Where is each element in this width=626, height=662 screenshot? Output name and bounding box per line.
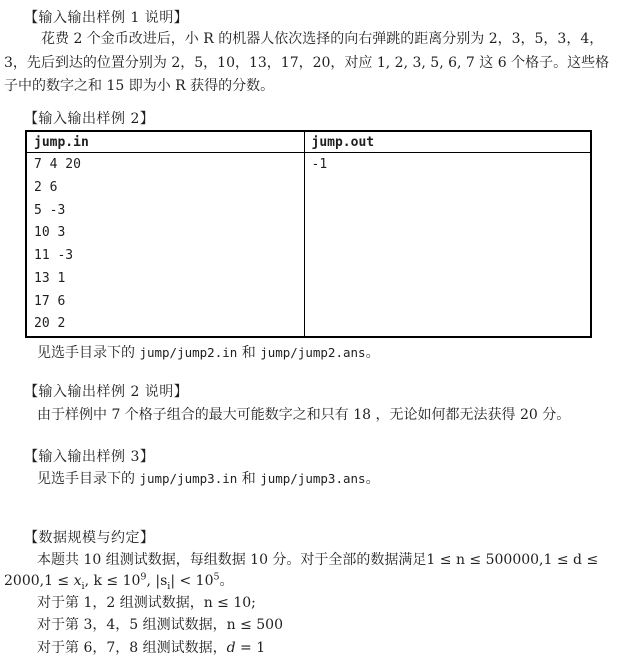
text-segment: 见选手目录下的 <box>37 345 139 361</box>
constraints-line-2: 2000,1 ≤ xi, k ≤ 109, |si| < 105。 <box>4 570 622 592</box>
text-segment: 见选手目录下的 <box>37 471 139 487</box>
text-segment: d <box>227 640 236 656</box>
text-segment: 对于第 3，4，5 组测试数据，n ≤ 500 <box>37 617 283 633</box>
heading-sample2-explanation: 【输入输出样例 2 说明】 <box>24 381 622 403</box>
table-header-input-file: jump.in <box>26 131 304 153</box>
constraints-group-3: 对于第 6，7，8 组测试数据，d = 1 <box>4 637 622 659</box>
table-header-row: jump.in jump.out <box>26 131 591 153</box>
text-segment: , |s <box>146 573 167 589</box>
heading-sample1-explanation: 【输入输出样例 1 说明】 <box>24 7 622 29</box>
document-page: 【输入输出样例 1 说明】 花费 2 个金币改进后，小 R 的机器人依次选择的向… <box>0 0 626 662</box>
heading-sample3: 【输入输出样例 3】 <box>24 446 622 468</box>
table-cell-input-data: 7 4 20 2 6 5 -3 10 3 11 -3 13 1 17 6 20 … <box>26 153 304 338</box>
text-segment: = 1 <box>236 640 266 656</box>
text-segment: 2000,1 ≤ <box>4 573 74 589</box>
inline-code: jump/jump3.in <box>139 471 237 486</box>
paragraph-line: 子中的数字之和 15 即为小 R 获得的分数。 <box>4 75 622 99</box>
paragraph-line: 花费 2 个金币改进后，小 R 的机器人依次选择的向右弹跳的距离分别为 2，3，… <box>4 28 622 52</box>
sample2-io-table: jump.in jump.out 7 4 20 2 6 5 -3 10 3 11… <box>25 130 592 338</box>
table-header-output-file: jump.out <box>304 131 591 153</box>
sample2-explanation-text: 由于样例中 7 个格子组合的最大可能数字之和只有 18 ，无论如何都无法获得 2… <box>4 404 622 426</box>
table-cell-output-data: -1 <box>304 153 591 338</box>
constraints-group-1: 对于第 1，2 组测试数据，n ≤ 10; <box>4 592 622 614</box>
text-segment: x <box>74 573 82 589</box>
inline-code: jump/jump2.ans <box>260 345 365 360</box>
text-segment: 。 <box>220 573 234 589</box>
text-segment: 和 <box>237 345 260 361</box>
heading-constraints: 【数据规模与约定】 <box>24 527 622 549</box>
text-segment: 对于第 1，2 组测试数据，n ≤ 10; <box>37 595 256 611</box>
constraints-group-2: 对于第 3，4，5 组测试数据，n ≤ 500 <box>4 614 622 636</box>
sample1-explanation-paragraph: 花费 2 个金币改进后，小 R 的机器人依次选择的向右弹跳的距离分别为 2，3，… <box>4 28 622 99</box>
sample2-file-note: 见选手目录下的 jump/jump2.in 和 jump/jump2.ans。 <box>4 342 622 364</box>
paragraph-line: 3，先后到达的位置分别为 2，5，10，13，17，20，对应 1, 2, 3,… <box>4 52 622 76</box>
heading-sample2: 【输入输出样例 2】 <box>24 108 622 130</box>
inline-code: jump/jump3.ans <box>260 471 365 486</box>
table-data-row: 7 4 20 2 6 5 -3 10 3 11 -3 13 1 17 6 20 … <box>26 153 591 338</box>
text-segment: 。 <box>366 471 380 487</box>
constraints-line-1: 本题共 10 组测试数据，每组数据 10 分。对于全部的数据满足1 ≤ n ≤ … <box>4 549 622 571</box>
sample3-file-note: 见选手目录下的 jump/jump3.in 和 jump/jump3.ans。 <box>4 468 622 490</box>
text-segment: 和 <box>237 471 260 487</box>
inline-code: jump/jump2.in <box>139 345 237 360</box>
text-segment: | < 10 <box>170 573 213 589</box>
text-segment: 对于第 6，7，8 组测试数据， <box>37 640 227 656</box>
text-segment: 。 <box>366 345 380 361</box>
text-segment: , k ≤ 10 <box>85 573 141 589</box>
